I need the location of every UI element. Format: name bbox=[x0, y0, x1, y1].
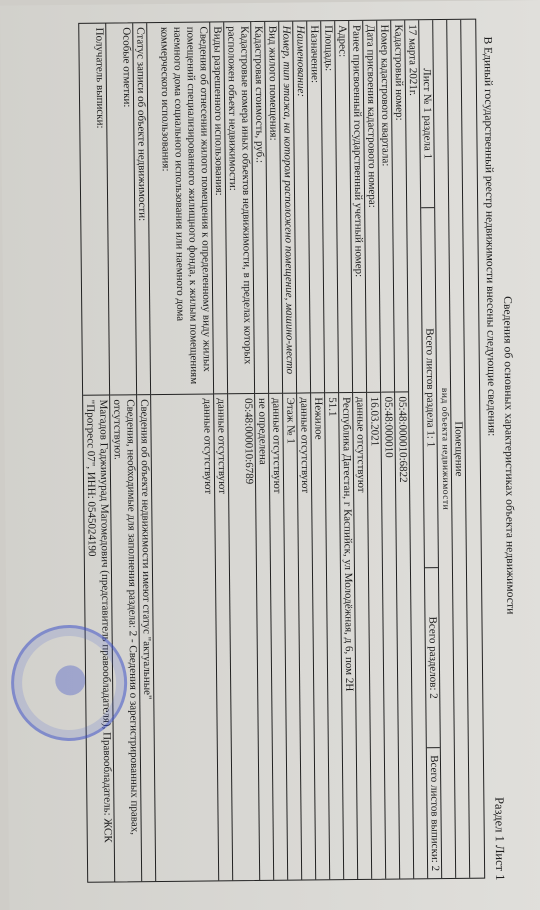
row-label: Особые отметки: bbox=[106, 23, 136, 395]
document-sheet: Сведения об основных характеристиках объ… bbox=[0, 0, 540, 910]
row-label: Получатель выписки: bbox=[79, 24, 109, 396]
total-sections: Всего разделов: 2 bbox=[425, 568, 440, 748]
info-table: Помещение вид объекта недвижимости Лист … bbox=[78, 19, 485, 883]
intro-text: В Единый государственный реестр недвижим… bbox=[481, 36, 497, 436]
total-sheets-extract: Всего листов выписки: 2 bbox=[427, 748, 441, 878]
section-label: Раздел 1 Лист 1 bbox=[491, 797, 507, 881]
row-label: Кадастровые номера иных объектов недвижи… bbox=[224, 22, 254, 394]
table-row: Сведения об отнесении жилого помещения к… bbox=[146, 22, 218, 881]
row-value: данные отсутствуют bbox=[151, 394, 218, 881]
sheet-of-section: Лист № 1 раздела 1 bbox=[419, 20, 434, 208]
row-label: Сведения об отнесении жилого помещения к… bbox=[147, 22, 213, 395]
row-value: 05:48:000010:6789 bbox=[228, 394, 259, 880]
row-value: Сведения, необходимые для заполнения раз… bbox=[110, 395, 141, 881]
document-title: Сведения об основных характеристиках объ… bbox=[498, 0, 520, 910]
attribute-rows: Кадастровый номер:05:48:000010:6822Номер… bbox=[79, 20, 413, 881]
